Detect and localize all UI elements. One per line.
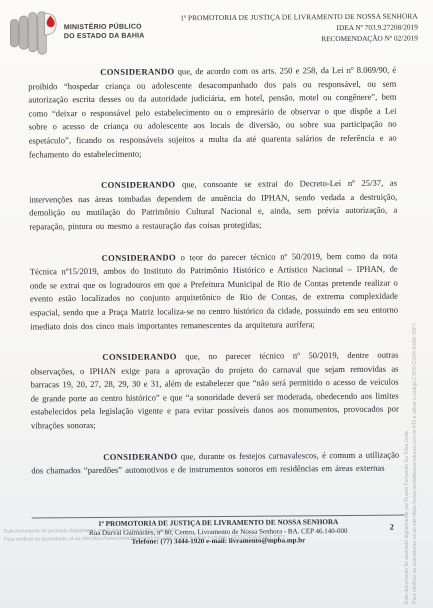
mp-logo-icon bbox=[8, 10, 58, 56]
considerando-paragraph: CONSIDERANDO o teor do parecer técnico n… bbox=[30, 249, 399, 333]
considerando-lead: CONSIDERANDO bbox=[102, 351, 176, 362]
paragraph-text: que, no parecer técnico nº 50/2019, dent… bbox=[30, 350, 398, 431]
considerando-paragraph: CONSIDERANDO que, de acordo com os arts.… bbox=[28, 64, 397, 162]
considerando-lead: CONSIDERANDO bbox=[101, 179, 175, 190]
signature-watermark-line1: Este documento foi assinado digitalmente… bbox=[404, 46, 412, 604]
paragraph-text: que, de acordo com os arts. 250 e 258, d… bbox=[28, 65, 396, 159]
mp-bahia-brand: MINISTÉRIO PÚBLICO DO ESTADO DA BAHIA bbox=[8, 10, 145, 57]
header-reference-block: 1ª PROMOTORIA DE JUSTIÇA DE LIVRAMENTO D… bbox=[144, 7, 418, 45]
considerando-paragraph: CONSIDERANDO que, consoante se extrai do… bbox=[29, 177, 397, 234]
considerando-lead: CONSIDERANDO bbox=[100, 66, 174, 77]
considerando-lead: CONSIDERANDO bbox=[103, 451, 177, 462]
recomendacao-number: RECOMENDAÇÃO Nº 02/2019 bbox=[144, 32, 417, 45]
considerando-paragraph: CONSIDERANDO que, durante os festejos ca… bbox=[31, 448, 399, 478]
scanned-document-page: MINISTÉRIO PÚBLICO DO ESTADO DA BAHIA 1ª… bbox=[0, 0, 433, 608]
paragraph-text: que, durante os festejos carnavalescos, … bbox=[31, 449, 399, 475]
considerando-paragraph: CONSIDERANDO que, no parecer técnico nº … bbox=[30, 349, 399, 433]
document-body: CONSIDERANDO que, de acordo com os arts.… bbox=[28, 64, 399, 479]
document-header: MINISTÉRIO PÚBLICO DO ESTADO DA BAHIA 1ª… bbox=[0, 0, 431, 57]
org-name: MINISTÉRIO PÚBLICO DO ESTADO DA BAHIA bbox=[64, 24, 145, 42]
paragraph-text: que, consoante se extrai do Decreto-Lei … bbox=[29, 178, 397, 232]
paragraph-text: o teor do parecer técnico nº 50/2019, be… bbox=[30, 250, 398, 331]
signature-watermark-side: Este documento foi assinado digitalmente… bbox=[404, 46, 419, 604]
considerando-lead: CONSIDERANDO bbox=[102, 252, 176, 263]
scan-tilt-wrapper: MINISTÉRIO PÚBLICO DO ESTADO DA BAHIA 1ª… bbox=[0, 0, 433, 608]
signature-watermark-line2: Para verificar as assinaturas vá ao site… bbox=[412, 46, 420, 604]
